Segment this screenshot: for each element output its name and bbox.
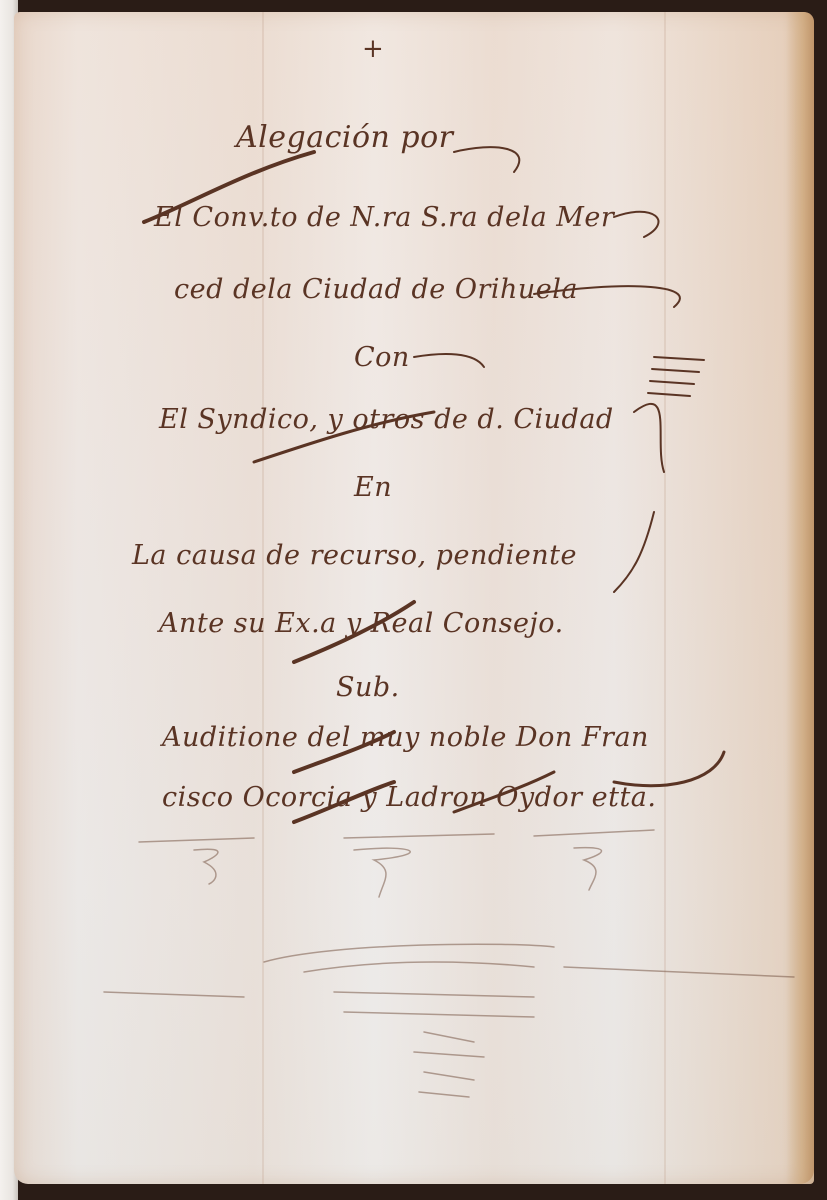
- manuscript-page: + Alegación por El Conv.to de N.ra S.ra …: [14, 12, 814, 1184]
- ink-flourishes: [14, 12, 814, 1184]
